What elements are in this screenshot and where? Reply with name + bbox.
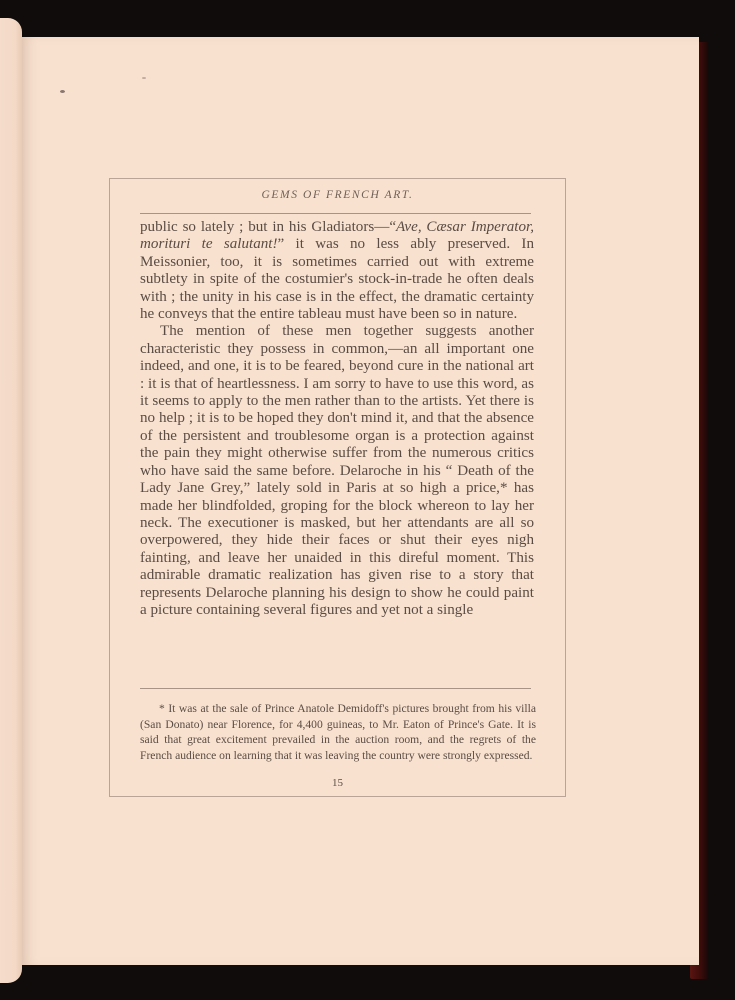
paper-speck [60,90,65,93]
paragraph-1: public so lately ; but in his Gladiators… [140,219,534,323]
page-number: 15 [110,777,565,789]
body-text: public so lately ; but in his Gladiators… [140,219,534,619]
paragraph-2: The mention of these men together sugges… [140,323,534,619]
left-page-edge [0,18,22,983]
text-frame: GEMS OF FRENCH ART. public so lately ; b… [109,178,566,797]
footnote: * It was at the sale of Prince Anatole D… [140,701,536,763]
text-run: public so lately ; but in his Gladiators… [140,219,396,235]
footnote-text: * It was at the sale of Prince Anatole D… [140,701,536,763]
paper-speck [142,77,146,79]
header-rule [140,213,531,214]
text-run: The mention of these men together sugges… [140,323,534,618]
running-head: GEMS OF FRENCH ART. [110,189,565,201]
footnote-rule [140,688,531,689]
